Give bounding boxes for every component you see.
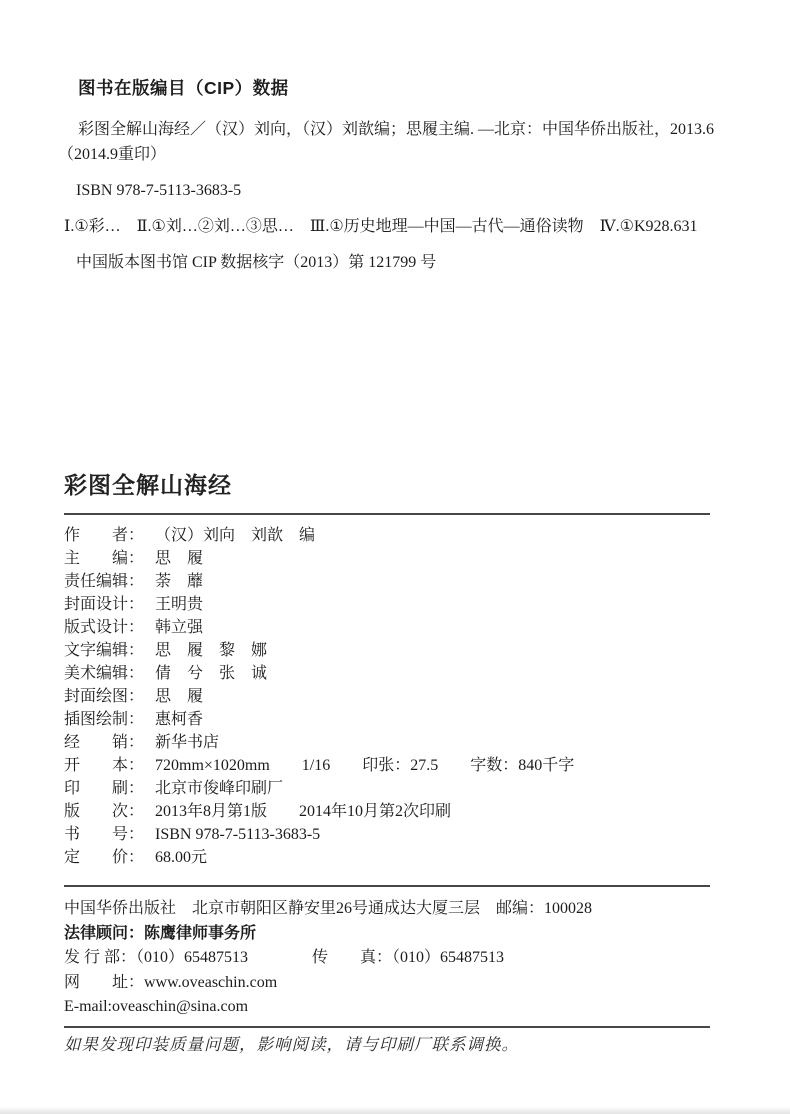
colophon-label: 封面绘图：	[64, 685, 155, 708]
colophon-value: 新华书店	[155, 734, 219, 751]
colophon-label: 封面设计：	[64, 593, 155, 616]
cip-description-line-2: （2014.9重印）	[58, 142, 724, 167]
book-title: 彩图全解山海经	[64, 470, 710, 500]
colophon-value: 思 履	[155, 688, 203, 705]
colophon-value: 68.00元	[155, 849, 207, 866]
colophon-label: 书 号：	[64, 823, 155, 846]
colophon-row-cover-illustration: 封面绘图：思 履	[64, 685, 710, 708]
colophon-label: 文字编辑：	[64, 639, 155, 662]
colophon-value: 倩 兮 张 诚	[155, 665, 267, 682]
colophon-row-art-editor: 美术编辑：倩 兮 张 诚	[64, 662, 710, 685]
page-edge-shadow	[0, 1107, 790, 1114]
cip-description: 彩图全解山海经／（汉）刘向，（汉）刘歆编；思履主编. —北京：中国华侨出版社，2…	[64, 117, 724, 167]
colophon-value: 韩立强	[155, 619, 203, 636]
colophon-label: 版 次：	[64, 800, 155, 823]
colophon-value: 720mm×1020mm 1/16 印张：27.5 字数：840千字	[155, 757, 574, 774]
colophon-row-text-editor: 文字编辑：思 履 黎 娜	[64, 639, 710, 662]
colophon-row-format: 开 本：720mm×1020mm 1/16 印张：27.5 字数：840千字	[64, 754, 710, 777]
publisher-website: 网 址：www.oveaschin.com	[64, 971, 710, 996]
title-block: 彩图全解山海经	[64, 470, 710, 515]
colophon-row-layout-design: 版式设计：韩立强	[64, 616, 710, 639]
colophon-row-price: 定 价：68.00元	[64, 846, 710, 869]
colophon: 作 者：（汉）刘向 刘歆 编 主 编：思 履 责任编辑：荼 蘼 封面设计：王明贵…	[64, 524, 710, 887]
colophon-label: 版式设计：	[64, 616, 155, 639]
colophon-row-printing: 印 刷：北京市俊峰印刷厂	[64, 777, 710, 800]
publisher-address: 中国华侨出版社 北京市朝阳区静安里26号通成达大厦三层 邮编：100028	[64, 897, 710, 922]
colophon-label: 主 编：	[64, 547, 155, 570]
colophon-row-author: 作 者：（汉）刘向 刘歆 编	[64, 524, 710, 547]
colophon-label: 作 者：	[64, 524, 155, 547]
colophon-value: 思 履	[155, 550, 203, 567]
colophon-label: 责任编辑：	[64, 570, 155, 593]
cip-isbn: ISBN 978-7-5113-3683-5	[76, 178, 724, 203]
colophon-row-responsible-editor: 责任编辑：荼 蘼	[64, 570, 710, 593]
colophon-value: 惠柯香	[155, 711, 203, 728]
colophon-row-interior-illustration: 插图绘制：惠柯香	[64, 708, 710, 731]
print-quality-notice: 如果发现印装质量问题，影响阅读，请与印刷厂联系调换。	[64, 1031, 710, 1055]
colophon-value: 2013年8月第1版 2014年10月第2次印刷	[155, 803, 451, 820]
cip-heading: 图书在版编目（CIP）数据	[78, 76, 724, 101]
colophon-value: ISBN 978-7-5113-3683-5	[155, 826, 320, 843]
colophon-row-distribution: 经 销：新华书店	[64, 731, 710, 754]
colophon-label: 插图绘制：	[64, 708, 155, 731]
copyright-page: 图书在版编目（CIP）数据 彩图全解山海经／（汉）刘向，（汉）刘歆编；思履主编.…	[0, 0, 790, 1114]
colophon-row-edition: 版 次：2013年8月第1版 2014年10月第2次印刷	[64, 800, 710, 823]
colophon-label: 印 刷：	[64, 777, 155, 800]
cip-record-number: 中国版本图书馆 CIP 数据核字（2013）第 121799 号	[76, 250, 724, 275]
colophon-label: 经 销：	[64, 731, 155, 754]
colophon-value: 思 履 黎 娜	[155, 642, 267, 659]
colophon-label: 开 本：	[64, 754, 155, 777]
colophon-row-isbn: 书 号：ISBN 978-7-5113-3683-5	[64, 823, 710, 846]
colophon-label: 定 价：	[64, 846, 155, 869]
colophon-row-chief-editor: 主 编：思 履	[64, 547, 710, 570]
colophon-row-cover-design: 封面设计：王明贵	[64, 593, 710, 616]
publisher-email: E-mail:oveaschin@sina.com	[64, 995, 710, 1020]
publisher-legal-counsel: 法律顾问：陈鹰律师事务所	[64, 922, 710, 947]
colophon-value: （汉）刘向 刘歆 编	[155, 527, 315, 544]
publisher-block: 中国华侨出版社 北京市朝阳区静安里26号通成达大厦三层 邮编：100028 法律…	[64, 897, 710, 1028]
cip-section: 图书在版编目（CIP）数据 彩图全解山海经／（汉）刘向，（汉）刘歆编；思履主编.…	[64, 76, 724, 275]
colophon-value: 北京市俊峰印刷厂	[155, 780, 283, 797]
cip-description-line-1: 彩图全解山海经／（汉）刘向，（汉）刘歆编；思履主编. —北京：中国华侨出版社，2…	[64, 117, 724, 142]
colophon-value: 王明贵	[155, 596, 203, 613]
colophon-label: 美术编辑：	[64, 662, 155, 685]
publisher-phone-fax: 发 行 部：（010）65487513 传 真：（010）65487513	[64, 946, 710, 971]
cip-classification: Ⅰ.①彩… Ⅱ.①刘…②刘…③思… Ⅲ.①历史地理—中国—古代—通俗读物 Ⅳ.①…	[64, 214, 724, 239]
colophon-value: 荼 蘼	[155, 573, 203, 590]
